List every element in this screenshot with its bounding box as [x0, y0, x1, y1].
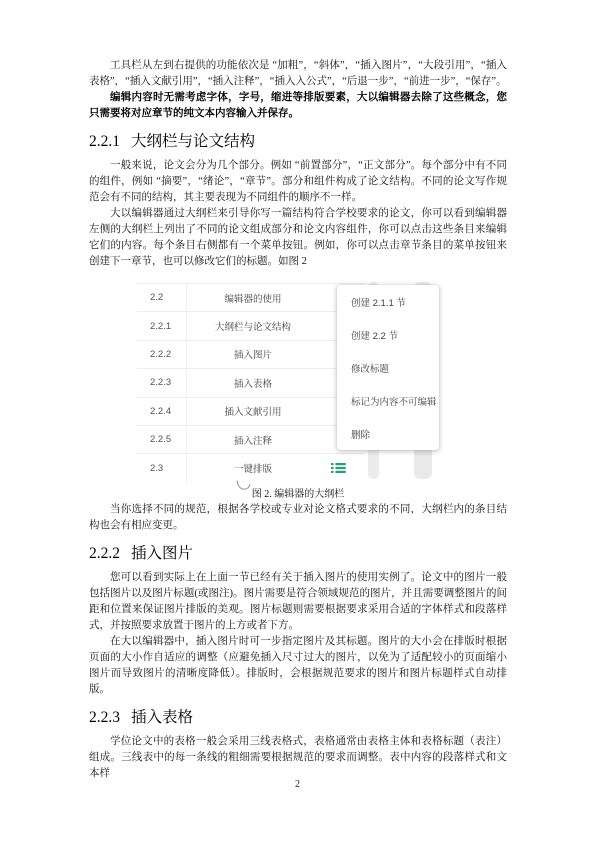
page-number: 2: [0, 779, 595, 790]
outline-row: 2.2 编辑器的使用: [137, 283, 365, 311]
menu-item-rename-title: 修改标题: [337, 351, 439, 384]
menu-item-create-2-1-1: 创建 2.1.1 节: [337, 285, 439, 318]
outline-row: 2.2.5 插入注释: [137, 425, 365, 453]
paragraph-image-autosize: 在大以编辑器中，插入图片时可一步指定图片及其标题。图片的大小会在排版时根据页面的…: [89, 634, 507, 698]
heading-2-2-1: 2.2.1大纲栏与论文结构: [89, 131, 507, 152]
outline-row: 2.3 一键排版: [137, 453, 365, 481]
heading-2-2-2: 2.2.2插入图片: [89, 543, 507, 564]
heading-number: 2.2.3: [89, 709, 120, 726]
outline-row: 2.2.1 大纲栏与论文结构: [137, 311, 365, 339]
outline-row-title: 插入注释: [187, 426, 319, 453]
heading-title: 大纲栏与论文结构: [131, 133, 255, 150]
outline-row-number: 2.2.1: [137, 312, 187, 339]
paragraph-spec-variation: 当你选择不同的规范，根据各学校或专业对论文格式要求的不同，大纲栏内的条目结构也会…: [89, 502, 507, 534]
outline-row-number: 2.2.4: [137, 398, 187, 425]
paragraph-thesis-parts: 一般来说，论文会分为几个部分。例如 “前置部分”，“正文部分”。每个部分中有不同…: [89, 158, 507, 206]
outline-row-title: 大纲栏与论文结构: [187, 312, 319, 339]
paragraph-editor-concept-bold: 编辑内容时无需考虑字体，字号，缩进等排版要素，大以编辑器去除了这些概念，您只需要…: [89, 90, 507, 122]
paragraph-table-intro: 学位论文中的表格一般会采用三线表格式，表格通常由表格主体和表格标题（表注）组成。…: [89, 734, 507, 782]
toc-list-icon: [319, 454, 365, 481]
outline-row: 2.2.4 插入文献引用: [137, 397, 365, 425]
document-page: 工具栏从左到右提供的功能依次是 “加粗”，“斜体”，“插入图片”，“大段引用”，…: [0, 0, 595, 782]
outline-row: 2.2.2 插入图片: [137, 340, 365, 368]
context-menu: 创建 2.1.1 节 创建 2.2 节 修改标题 标记为内容不可编辑 删除: [337, 285, 439, 450]
outline-panel-screenshot: 2.2 编辑器的使用 2.2.1 大纲栏与论文结构 2.2.2 插入图片 2.2…: [137, 282, 449, 484]
heading-number: 2.2.2: [89, 545, 120, 562]
outline-row-number: 2.2.5: [137, 426, 187, 453]
heading-title: 插入表格: [131, 709, 193, 726]
menu-item-delete: 删除: [337, 417, 439, 450]
heading-2-2-3: 2.2.3插入表格: [89, 707, 507, 728]
outline-row-number: 2.2: [137, 284, 187, 311]
outline-list: 2.2 编辑器的使用 2.2.1 大纲栏与论文结构 2.2.2 插入图片 2.2…: [137, 283, 365, 482]
outline-row-number: 2.2.2: [137, 341, 187, 368]
outline-row-title: 一键排版: [187, 454, 319, 481]
outline-row-number: 2.3: [137, 454, 187, 481]
figure-2: 2.2 编辑器的使用 2.2.1 大纲栏与论文结构 2.2.2 插入图片 2.2…: [89, 282, 507, 502]
outline-row-title: 插入图片: [187, 341, 319, 368]
figure-caption: 图 2. 编辑器的大纲栏: [89, 488, 507, 502]
outline-row-title: 插入表格: [187, 369, 319, 396]
paragraph-toolbar-functions: 工具栏从左到右提供的功能依次是 “加粗”，“斜体”，“插入图片”，“大段引用”，…: [89, 58, 507, 90]
paragraph-image-intro: 您可以看到实际上在上面一节已经有关于插入图片的使用实例了。论文中的图片一般包括图…: [89, 570, 507, 634]
heading-title: 插入图片: [131, 545, 193, 562]
menu-item-mark-noneditable: 标记为内容不可编辑: [337, 384, 439, 417]
outline-row-title: 编辑器的使用: [187, 284, 319, 311]
heading-number: 2.2.1: [89, 133, 120, 150]
menu-item-create-2-2: 创建 2.2 节: [337, 318, 439, 351]
outline-row: 2.2.3 插入表格: [137, 368, 365, 396]
outline-row-title: 插入文献引用: [187, 398, 319, 425]
outline-row-number: 2.2.3: [137, 369, 187, 396]
paragraph-outline-guide: 大以编辑器通过大纲栏来引导你写一篇结构符合学校要求的论文，你可以看到编辑器左侧的…: [89, 206, 507, 270]
